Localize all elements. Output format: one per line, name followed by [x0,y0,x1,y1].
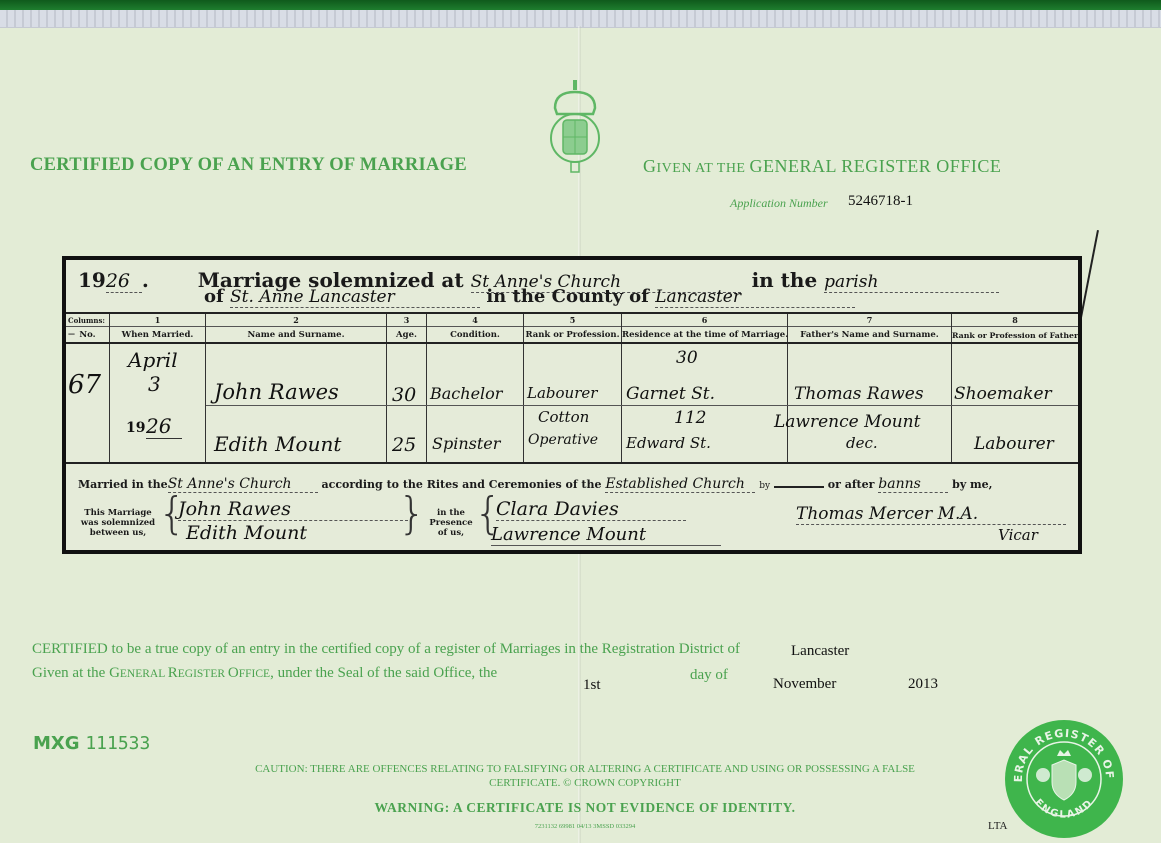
bride-father-profession: Labourer [974,434,1054,454]
bride-age: 25 [392,434,416,456]
groom-age: 30 [392,384,416,406]
bride-father-name: Lawrence Mount [774,412,920,432]
col-header-father-name: 7 Father's Name and Surname. [788,314,952,342]
when-married-day: 3 [148,372,161,396]
col-header-age: 3 Age. [387,314,427,342]
rites-value: Established Church [605,476,755,493]
register-title-line-2: of St. Anne Lancaster in the County of L… [204,286,855,308]
identity-warning: WARNING: A CERTIFICATE IS NOT EVIDENCE O… [220,800,950,816]
certification-month: November [773,676,836,693]
lta-mark: LTA [988,820,1008,832]
presence-label: in the Presence of us, [426,508,476,538]
certification-statement: CERTIFIED to be a true copy of an entry … [32,641,740,658]
certification-year: 2013 [908,676,938,693]
groom-condition: Bachelor [430,384,502,403]
certificate-serial: MXG 111533 [33,733,150,754]
register-year: 26 [106,270,142,293]
or-after-value: banns [878,476,948,493]
print-codes: 7231132 69981 04/13 3MSSD 033294 [220,823,950,830]
groom-father-name: Thomas Rawes [794,384,924,404]
solemnized-between-label: This Marriage was solemnized between us, [76,508,160,538]
col-header-when-married: 1 When Married. [110,314,206,342]
certification-day: 1st [583,677,601,694]
application-number: 5246718-1 [848,193,913,210]
given-at-statement: Given at the GENERAL REGISTER OFFICE, un… [32,665,497,682]
bride-profession-line1: Cotton [538,408,589,426]
bride-signature: Edith Mount [186,522,307,544]
ceremony-details: Married in theSt Anne's Church according… [66,462,1078,550]
bride-name: Edith Mount [214,432,341,456]
officiant-title: Vicar [998,526,1038,544]
bride-condition: Spinster [432,434,500,453]
col-header-no: Columns:— No. [66,314,110,342]
married-in-line: Married in theSt Anne's Church according… [78,476,993,493]
entry-number: 67 [68,370,101,400]
right-brace: } [398,492,426,536]
given-at-heading: GIVEN AT THE GENERAL REGISTER OFFICE [643,156,1001,177]
royal-crest-icon [545,80,605,175]
witness-2: Lawrence Mount [491,524,721,546]
col-header-father-rank: 8 Rank or Profession of Father [952,314,1078,342]
bride-profession-line2: Operative [528,432,598,448]
col-divider [66,344,110,462]
officiant-signature: Thomas Mercer M.A. [796,504,1066,525]
groom-name: John Rawes [214,380,339,404]
groom-father-profession: Shoemaker [954,384,1052,404]
groom-residence-street: Garnet St. [626,384,715,404]
county-value: Lancaster [655,287,855,308]
bride-father-deceased-note: dec. [846,434,878,452]
witness-1: Clara Davies [496,498,686,521]
application-number-label: Application Number [730,196,828,211]
certificate-title: CERTIFIED COPY OF AN ENTRY OF MARRIAGE [30,155,467,176]
column-header-row: Columns:— No. 1 When Married. 2 Name and… [66,312,1078,344]
register-entry-table: 1926. Marriage solemnized at St Anne's C… [62,256,1082,554]
groom-residence-number: 30 [676,348,698,368]
bride-residence-street: Edward St. [626,434,711,452]
day-of-label: day of [690,667,728,684]
registration-district: Lancaster [791,643,849,660]
groom-signature: John Rawes [178,498,408,521]
row-rule [206,405,1078,406]
general-register-office-seal-icon: GENERAL REGISTER OFFICE ENGLAND [1005,720,1123,838]
caution-notice: CAUTION: THERE ARE OFFENCES RELATING TO … [220,762,950,790]
col-header-rank: 5 Rank or Profession. [524,314,622,342]
when-married-year-prefix: 19 [126,420,145,436]
married-in-value: St Anne's Church [168,476,318,493]
col-header-residence: 6 Residence at the time of Marriage. [622,314,788,342]
bride-residence-number: 112 [674,408,706,428]
col-header-name: 2 Name and Surname. [206,314,387,342]
when-married-month: April [128,348,178,372]
groom-profession: Labourer [527,384,597,402]
when-married-year: 26 [146,414,182,439]
col-header-condition: 4 Condition. [427,314,524,342]
of-value: St. Anne Lancaster [230,287,480,308]
green-top-band [0,0,1161,10]
